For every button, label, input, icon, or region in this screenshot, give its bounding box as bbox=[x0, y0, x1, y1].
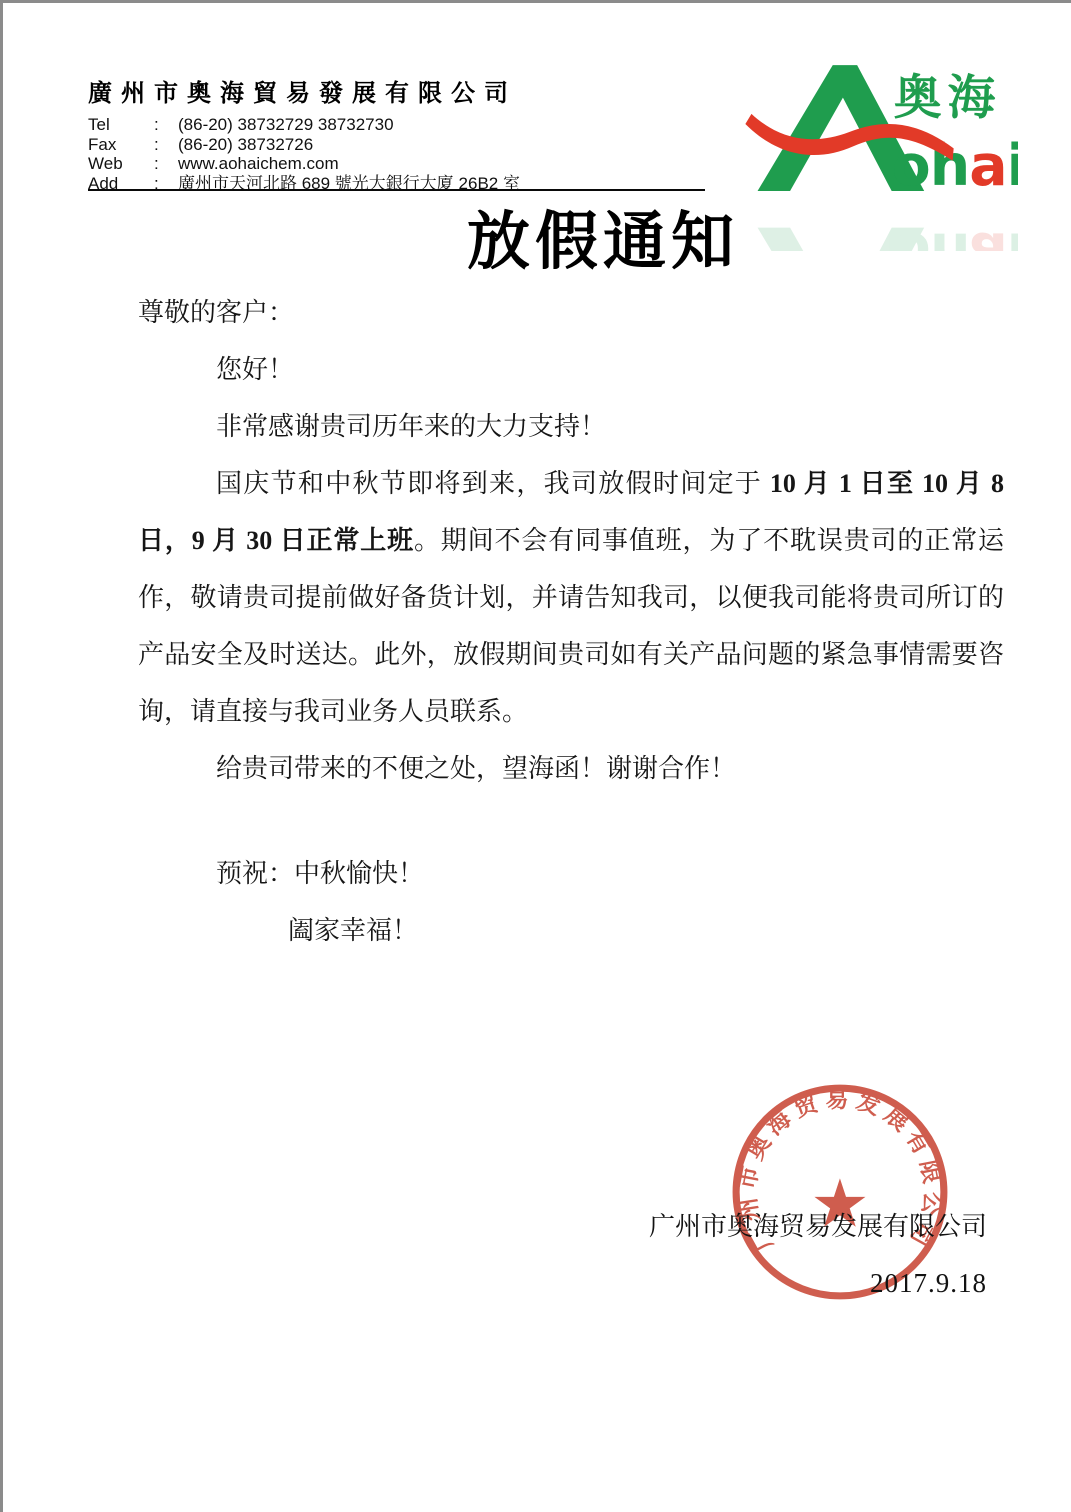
logo-reflection bbox=[745, 220, 1018, 251]
fax-colon: : bbox=[154, 135, 178, 155]
wish-line-2: 阖家幸福！ bbox=[138, 902, 1004, 959]
logo-cn-text: 奥海 bbox=[894, 71, 1002, 126]
signature-date: 2017.9.18 bbox=[649, 1255, 987, 1311]
thanks-line: 非常感谢贵司历年来的大力支持！ bbox=[138, 398, 1004, 455]
letter-body: 尊敬的客户： 您好！ 非常感谢贵司历年来的大力支持！ 国庆节和中秋节即将到来，我… bbox=[138, 284, 1004, 959]
logo-latin-text: ohai bbox=[892, 133, 1018, 199]
aohai-logo-icon: 奥海 ohai bbox=[743, 61, 1018, 251]
greeting-line: 您好！ bbox=[138, 341, 1004, 398]
logo-letter-a: a bbox=[969, 133, 1006, 199]
document-title: 放假通知 bbox=[467, 191, 739, 282]
web-value: www.aohaichem.com bbox=[178, 154, 339, 174]
contact-row-tel: Tel : (86-20) 38732729 38732730 bbox=[88, 115, 708, 135]
tel-label: Tel bbox=[88, 115, 154, 135]
company-name: 廣州市奧海貿易發展有限公司 bbox=[88, 73, 708, 108]
tel-colon: : bbox=[154, 115, 178, 135]
tel-value: (86-20) 38732729 38732730 bbox=[178, 115, 394, 135]
contact-info: Tel : (86-20) 38732729 38732730 Fax : (8… bbox=[88, 115, 708, 193]
web-label: Web bbox=[88, 154, 154, 174]
salutation: 尊敬的客户： bbox=[138, 284, 1004, 341]
notice-rest: 。期间不会有同事值班，为了不耽误贵司的正常运作，敬请贵司提前做好备货计划，并请告… bbox=[138, 526, 1004, 726]
apology-line: 给贵司带来的不便之处，望海函！谢谢合作！ bbox=[138, 740, 1004, 797]
web-colon: : bbox=[154, 154, 178, 174]
notice-lead: 国庆节和中秋节即将到来，我司放假时间定于 bbox=[216, 469, 770, 498]
letter-page: 廣州市奧海貿易發展有限公司 Tel : (86-20) 38732729 387… bbox=[0, 0, 1071, 1512]
wishes-block: 预祝：中秋愉快！ 阖家幸福！ bbox=[138, 845, 1004, 959]
contact-row-web: Web : www.aohaichem.com bbox=[88, 154, 708, 174]
fax-label: Fax bbox=[88, 135, 154, 155]
wish-line-1: 预祝：中秋愉快！ bbox=[138, 845, 1004, 902]
logo-letter-i: i bbox=[1007, 133, 1018, 199]
fax-value: (86-20) 38732726 bbox=[178, 135, 313, 155]
letterhead: 廣州市奧海貿易發展有限公司 Tel : (86-20) 38732729 387… bbox=[88, 73, 708, 193]
signature-company: 广州市奥海贸易发展有限公司 bbox=[649, 1199, 987, 1255]
contact-row-fax: Fax : (86-20) 38732726 bbox=[88, 135, 708, 155]
holiday-notice-paragraph: 国庆节和中秋节即将到来，我司放假时间定于 10 月 1 日至 10 月 8 日，… bbox=[138, 455, 1004, 740]
signature-block: 广州市奥海贸易发展有限公司 2017.9.18 bbox=[649, 1199, 987, 1311]
